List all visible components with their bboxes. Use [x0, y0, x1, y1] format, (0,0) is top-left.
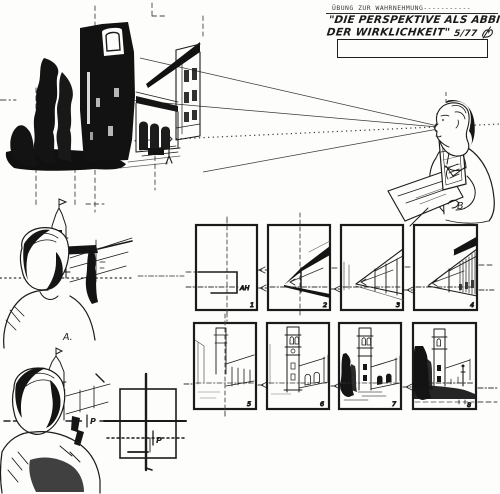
title-box-empty: [337, 39, 488, 58]
vanishing-point-label-sketch: P: [90, 417, 96, 426]
panel-4: 4: [414, 225, 477, 310]
panel-number: 4: [470, 301, 474, 309]
observer-b-label: B.: [457, 201, 467, 212]
vanishing-point-label-viewfinder: P: [156, 436, 162, 445]
title-line-1: "DIE PERSPEKTIVE ALS ABBILD: [328, 15, 499, 26]
panel-7: 7: [339, 323, 401, 409]
panel-number: 6: [320, 400, 324, 408]
panel-number: 1: [250, 301, 254, 309]
panel-number: 8: [467, 401, 471, 409]
street-scene-sketch: [0, 3, 203, 212]
panel-6: 6: [267, 323, 329, 409]
panel-number: 5: [247, 400, 251, 408]
panel-1: AH 1: [196, 219, 257, 316]
viewfinder-diagram: [96, 374, 186, 470]
sketch-artwork: AH 1 2 3: [0, 0, 500, 494]
observer-figure: [388, 100, 494, 226]
title-line-2: DER WIRKLICHKEIT"5/77: [326, 26, 500, 39]
exercise-label: ÜBUNG ZUR WAHRNEHMUNG: [332, 4, 423, 12]
scanned-sketch-page: AH 1 2 3: [0, 0, 500, 494]
panel-3: 3: [341, 225, 403, 310]
panel-number: 2: [323, 301, 327, 309]
viewer-a-sketch: [0, 199, 132, 348]
panel-5: 5: [194, 314, 256, 416]
panel-number: 3: [396, 301, 400, 309]
panel-2: 2: [268, 213, 330, 316]
signature-mark: [479, 26, 496, 39]
eye-level-label: AH: [239, 284, 249, 292]
exercise-heading: ÜBUNG ZUR WAHRNEHMUNG-----------: [326, 3, 498, 14]
panel-number: 7: [392, 400, 397, 408]
date-label: 5/77: [453, 29, 478, 39]
title-block: ÜBUNG ZUR WAHRNEHMUNG----------- "DIE PE…: [326, 3, 498, 39]
viewer-a-label: A.: [62, 332, 73, 343]
panel-8: 8: [413, 323, 476, 409]
exercise-trail: -----------: [423, 4, 471, 12]
